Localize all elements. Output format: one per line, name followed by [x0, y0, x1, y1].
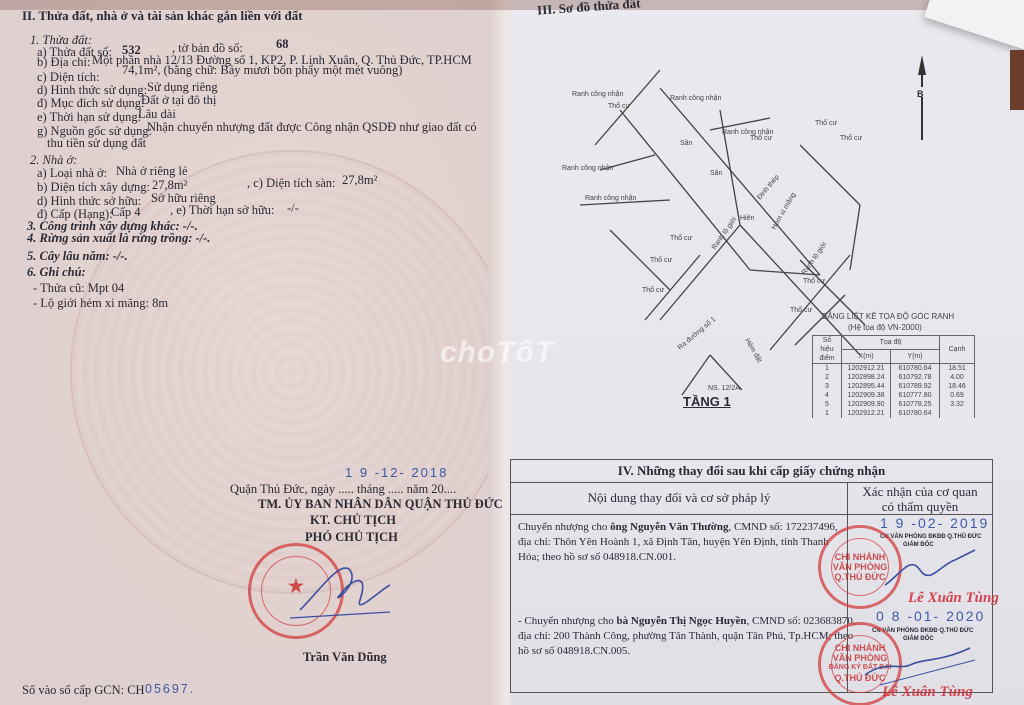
area-label: c) Diện tích: — [37, 70, 99, 84]
coord-cell-pt: 3 — [813, 382, 842, 391]
wood-background — [1010, 50, 1024, 110]
coord-table-subtitle: (Hệ tọa độ VN-2000) — [848, 321, 922, 335]
map-label-tho-cu: Thổ cư — [608, 102, 631, 110]
col-confirm-line1: Xác nhận của cơ quan — [848, 484, 992, 499]
coord-cell-x: 1202898.24 — [842, 373, 891, 382]
map-label-house-no: NS. 12/2A — [708, 385, 740, 392]
map-label-tho-cu: Thổ cư — [790, 306, 813, 314]
map-label-ranh: Ranh công nhận — [670, 95, 721, 102]
map-label-ranh-lo-gioi: Ranh lộ giới — [801, 241, 829, 276]
coord-cell-pt: 5 — [813, 400, 842, 409]
confirm-date-2: 0 8 -01- 2020 — [876, 609, 985, 623]
map-sheet-number: 68 — [276, 37, 289, 51]
section2-title: II. Thửa đất, nhà ở và tài sản khác gắn … — [22, 9, 303, 23]
coord-cell-y: 610792.78 — [891, 373, 940, 382]
entry-text: , CMND số: 023683870, — [747, 615, 856, 627]
map-label-hem-dat: Hẻm đất — [743, 337, 764, 364]
origin-value: Nhận chuyển nhượng đất được Công nhận QS… — [147, 120, 477, 134]
coord-cell-x: 1202912.21 — [842, 364, 891, 374]
area-value: 74,1m², (bằng chữ: Bảy mươi bốn phẩy một… — [122, 63, 402, 77]
col-y: Y(m) — [891, 350, 940, 364]
perennial-trees: 5. Cây lâu năm: -/-. — [27, 249, 128, 263]
purpose-label: đ) Mục đích sử dụng: — [37, 96, 144, 110]
signer-name: Trần Văn Dũng — [303, 650, 387, 664]
coord-cell-edge: 4.00 — [940, 373, 975, 382]
signature-1 — [880, 545, 980, 595]
north-label: B — [917, 87, 924, 101]
floor-label: TẦNG 1 — [683, 395, 731, 409]
coord-cell-y: 610778.25 — [891, 400, 940, 409]
production-forest: 4. Rừng sản xuất là rừng trồng: -/-. — [27, 231, 210, 245]
coord-cell-y: 610777.80 — [891, 391, 940, 400]
map-label-hem-xi-mang: Hẻm xi măng — [771, 192, 798, 231]
address-label: b) Địa chỉ: — [37, 55, 90, 69]
signer-role-1: KT. CHỦ TỊCH — [310, 513, 396, 527]
coord-cell-edge: 0.69 — [940, 391, 975, 400]
coord-cell-y: 610780.64 — [891, 364, 940, 374]
map-label-tho-cu: Thổ cư — [642, 286, 665, 294]
registry-number: 05697. — [145, 682, 195, 696]
coord-row: 51202909.90610778.253.32 — [813, 400, 975, 409]
chotot-watermark: choTốT — [440, 336, 554, 370]
signature — [290, 550, 400, 630]
signer-stamp-1: Lê Xuân Tùng — [908, 590, 999, 607]
map-label-ranh: Ranh công nhận — [572, 91, 623, 98]
issuing-org: TM. ỦY BAN NHÂN DÂN QUẬN THỦ ĐỨC — [258, 497, 503, 511]
stamped-issue-date: 1 9 -12- 2018 — [345, 466, 448, 480]
coord-cell-y: 610780.64 — [891, 409, 940, 418]
use-form-value: Sử dụng riêng — [147, 80, 218, 94]
coord-table: Số hiệu điểm Tọa độ Cạnh X(m) Y(m) 11202… — [812, 335, 975, 418]
coord-cell-y: 610789.92 — [891, 382, 940, 391]
confirm-date-1: 1 9 -02- 2019 — [880, 516, 989, 530]
coord-row: 11202912.21610780.6418.51 — [813, 364, 975, 374]
map-label-ranh: Ranh công nhận — [562, 165, 613, 172]
coord-cell-pt: 2 — [813, 373, 842, 382]
col-point: Số hiệu điểm — [813, 336, 842, 364]
change-entry-2-line3: hồ sơ số 048918.CN.005. — [518, 644, 630, 659]
build-area-value: 27,8m² — [152, 178, 187, 192]
section4-title: IV. Những thay đổi sau khi cấp giấy chứn… — [511, 460, 992, 483]
transferee-name: bà Nguyễn Thị Ngọc Huyền — [617, 615, 747, 627]
coord-cell-edge — [940, 409, 975, 418]
coord-cell-edge: 3.32 — [940, 400, 975, 409]
entry-text: Chuyển nhượng cho — [518, 521, 610, 533]
place-date-line: Quận Thủ Đức, ngày ..... tháng ..... năm… — [230, 482, 456, 496]
change-entry-1-line2: địa chỉ: Thôn Yên Hoành 1, xã Định Tân, … — [518, 535, 829, 550]
coord-cell-x: 1202895.44 — [842, 382, 891, 391]
origin-value-cont: thu tiền sử dụng đất — [47, 136, 146, 150]
coord-cell-pt: 4 — [813, 391, 842, 400]
house-type-value: Nhà ở riêng lẻ — [116, 164, 188, 178]
change-entry-2-line2: địa chỉ: 200 Thành Công, phường Tân Thàn… — [518, 629, 853, 644]
map-label-tho-cu: Thổ cư — [650, 256, 673, 264]
coord-row: 31202895.44610789.9218.46 — [813, 382, 975, 391]
coord-cell-pt: 1 — [813, 409, 842, 418]
map-label-ranh: Ranh công nhận — [585, 195, 636, 202]
entry-text: - Chuyển nhượng cho — [518, 615, 617, 627]
map-label-hien: Hiên — [740, 215, 755, 222]
coord-cell-x: 1202912.21 — [842, 409, 891, 418]
registry-label: Số vào sổ cấp GCN: CH — [22, 683, 145, 697]
coord-row: 41202909.38610777.800.69 — [813, 391, 975, 400]
purpose-value: Đất ở tại đô thị — [141, 93, 216, 107]
coord-cell-pt: 1 — [813, 364, 842, 374]
map-label-ra-duong: Ra đường số 1 — [676, 314, 718, 351]
change-entry-2-line1: - Chuyển nhượng cho bà Nguyễn Thị Ngọc H… — [518, 614, 856, 629]
house-type-label: a) Loại nhà ở: — [37, 166, 107, 180]
map-label-tho-cu: Thổ cư — [750, 134, 773, 142]
map-label-ranh-lo-gioi: Ranh lộ giới — [711, 216, 739, 251]
note-item: - Lộ giới hẻm xi măng: 8m — [33, 296, 168, 310]
col-confirm-line2: có thẩm quyền — [848, 499, 992, 514]
coord-cell-edge: 18.51 — [940, 364, 975, 374]
col-confirm-header: Xác nhận của cơ quan có thẩm quyền — [848, 484, 992, 514]
coord-cell-x: 1202909.38 — [842, 391, 891, 400]
signature-2 — [860, 640, 980, 690]
own-term-label: , e) Thời hạn sở hữu: — [170, 203, 274, 217]
map-label-san: Sân — [680, 140, 693, 147]
build-area-label: b) Diện tích xây dựng: — [37, 180, 150, 194]
signer-stamp-2: Lê Xuân Tùng — [882, 684, 973, 701]
entry-text: , CMND số: 172237496, — [729, 521, 838, 533]
col-x: X(m) — [842, 350, 891, 364]
map-label-san: Sân — [710, 170, 723, 177]
col-coord: Tọa độ — [842, 336, 940, 350]
note-item: - Thửa cũ: Mpt 04 — [33, 281, 124, 295]
col-edge: Cạnh — [940, 336, 975, 364]
term-value: Lâu dài — [138, 107, 176, 121]
change-entry-1-line1: Chuyển nhượng cho ông Nguyễn Văn Thường,… — [518, 520, 838, 535]
map-label-tho-cu: Thổ cư — [803, 277, 826, 285]
coord-cell-edge: 18.46 — [940, 382, 975, 391]
floor-area-label: , c) Diện tích sàn: — [247, 176, 336, 190]
own-term-value: -/- — [287, 201, 299, 215]
notes-heading: 6. Ghi chú: — [27, 265, 86, 279]
house-heading: 2. Nhà ở: — [30, 153, 77, 167]
coord-cell-x: 1202909.90 — [842, 400, 891, 409]
coord-row: 21202898.24610792.784.00 — [813, 373, 975, 382]
floor-area-value: 27,8m² — [342, 173, 377, 187]
col-content-header: Nội dung thay đổi và cơ sở pháp lý — [511, 482, 847, 514]
map-label-tho-cu: Thổ cư — [670, 234, 693, 242]
map-label-tho-cu: Thổ cư — [840, 134, 863, 142]
term-label: e) Thời hạn sử dụng: — [37, 110, 141, 124]
map-label-tho-cu: Thổ cư — [815, 119, 838, 127]
transferee-name: ông Nguyễn Văn Thường — [610, 521, 728, 533]
use-form-label: d) Hình thức sử dụng: — [37, 83, 147, 97]
coord-row: 11202912.21610780.64 — [813, 409, 975, 418]
grade-value: Cấp 4 — [111, 205, 141, 219]
change-entry-1-line3: Hóa; theo hồ sơ số 048918.CN.001. — [518, 550, 676, 565]
map-label-dinh-thep: Đinh thép — [756, 174, 781, 202]
signer-role-2: PHÓ CHỦ TỊCH — [305, 530, 398, 544]
